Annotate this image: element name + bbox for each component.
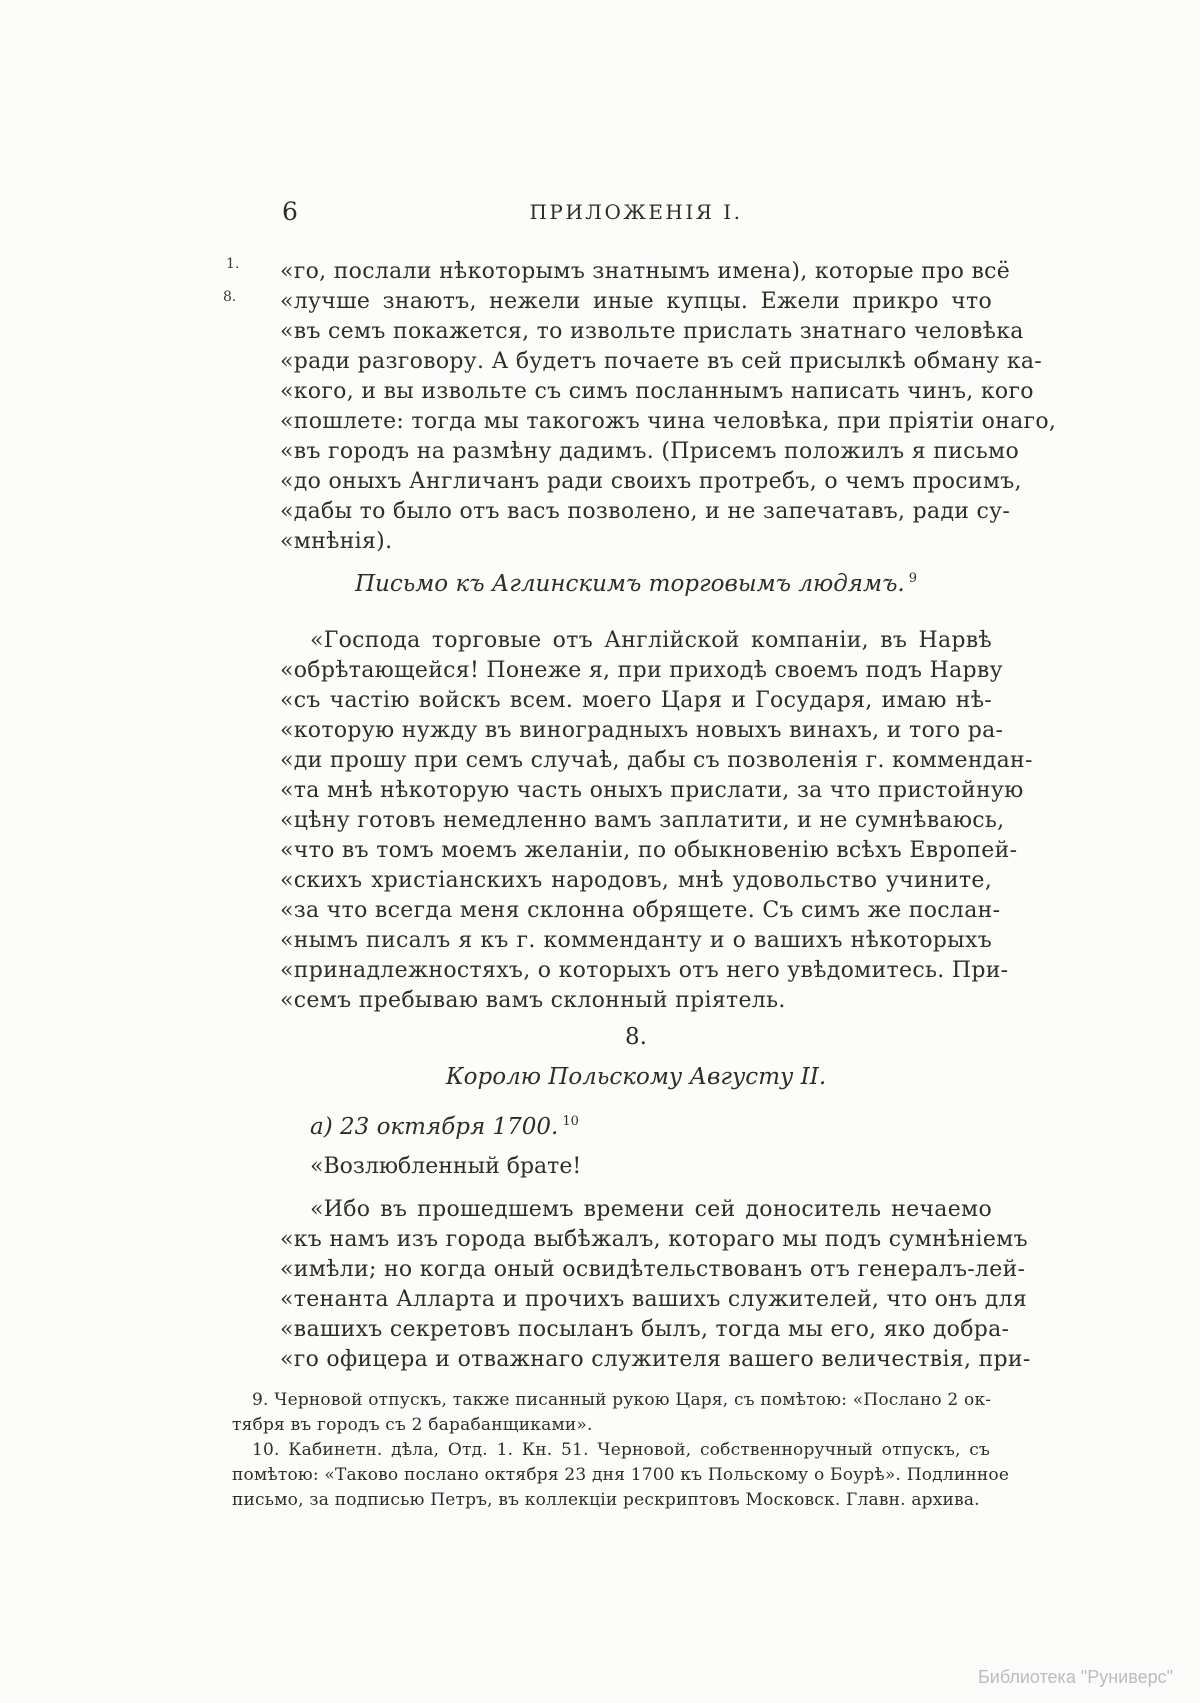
page-number: 6 bbox=[282, 197, 298, 227]
margin-marks: 1. 8. bbox=[226, 256, 239, 305]
footnote-9: 9. Черновой отпускъ, также писанный руко… bbox=[232, 1388, 990, 1438]
text-line: «мнѣнія). bbox=[280, 527, 992, 557]
library-watermark: Библиотека "Руниверс" bbox=[978, 1667, 1173, 1688]
text-line: тября въ городъ съ 2 барабанщиками». bbox=[232, 1413, 990, 1438]
section-heading: Королю Польскому Августу II. bbox=[280, 1062, 992, 1092]
text-line: «Ибо въ прошедшемъ времени сей доносител… bbox=[280, 1195, 992, 1225]
text-line: «кого, и вы извольте съ симъ посланнымъ … bbox=[280, 377, 992, 407]
running-header: 6 ПРИЛОЖЕНІЯ I. bbox=[280, 197, 992, 227]
text-line: «которую нужду въ виноградныхъ новыхъ ви… bbox=[280, 716, 992, 746]
text-line: «принадлежностяхъ, о которыхъ отъ него у… bbox=[280, 956, 992, 986]
text-line: «скихъ христіанскихъ народовъ, мнѣ удово… bbox=[280, 866, 992, 896]
text-line: «семъ пребываю вамъ склонный пріятель. bbox=[280, 986, 992, 1016]
text-line: «дабы то было отъ васъ позволено, и не з… bbox=[280, 497, 992, 527]
text-line: «ди прошу при семъ случаѣ, дабы съ позво… bbox=[280, 746, 992, 776]
letter-body-merchants: «Господа торговые отъ Англійской компані… bbox=[280, 626, 992, 1016]
margin-mark: 1. bbox=[226, 256, 239, 272]
text-line: помѣтою: «Таково послано октября 23 дня … bbox=[232, 1463, 990, 1488]
footnote-ref-10: 10 bbox=[562, 1114, 579, 1129]
date-line-text: а) 23 октября 1700. bbox=[310, 1114, 558, 1140]
footnote-ref-9: 9 bbox=[909, 571, 917, 586]
text-line: «обрѣтающейся! Понеже я, при приходѣ сво… bbox=[280, 656, 992, 686]
section-heading-text: Королю Польскому Августу II. bbox=[446, 1064, 826, 1090]
footnote-10: 10. Кабинетн. дѣла, Отд. 1. Кн. 51. Черн… bbox=[232, 1438, 990, 1513]
section-number: 8. bbox=[280, 1022, 992, 1052]
date-line: а) 23 октября 1700.10 bbox=[280, 1112, 992, 1142]
text-line: «вашихъ секретовъ посыланъ былъ, тогда м… bbox=[280, 1315, 992, 1345]
text-line: «въ городъ на размѣну дадимъ. (Присемъ п… bbox=[280, 437, 992, 467]
text-line: «до оныхъ Англичанъ ради своихъ протребъ… bbox=[280, 467, 992, 497]
text-line: «та мнѣ нѣкоторую часть оныхъ прислати, … bbox=[280, 776, 992, 806]
text-line: «цѣну готовъ немедленно вамъ заплатити, … bbox=[280, 806, 992, 836]
running-title: ПРИЛОЖЕНІЯ I. bbox=[529, 197, 742, 227]
text-line: «го офицера и отважнаго служителя вашего… bbox=[280, 1345, 992, 1375]
text-line: «къ намъ изъ города выбѣжалъ, котораго м… bbox=[280, 1225, 992, 1255]
text-line: «нымъ писалъ я къ г. комменданту и о ваш… bbox=[280, 926, 992, 956]
footnotes: 9. Черновой отпускъ, также писанный руко… bbox=[232, 1388, 990, 1513]
text-line: 10. Кабинетн. дѣла, Отд. 1. Кн. 51. Черн… bbox=[232, 1438, 990, 1463]
letter-heading-text: Письмо къ Аглинскимъ торговымъ людямъ. bbox=[355, 571, 905, 597]
text-line: «имѣли; но когда оный освидѣтельствованъ… bbox=[280, 1255, 992, 1285]
letter-body-august: «Ибо въ прошедшемъ времени сей доносител… bbox=[280, 1195, 992, 1375]
salutation: «Возлюбленный брате! bbox=[280, 1152, 992, 1182]
text-line: «за что всегда меня склонна обрящете. Съ… bbox=[280, 896, 992, 926]
text-line: письмо, за подписью Петръ, въ коллекціи … bbox=[232, 1488, 990, 1513]
text-line: «ради разговору. А будетъ почаете въ сей… bbox=[280, 347, 992, 377]
text-line: «лучше знаютъ, нежели иные купцы. Ежели … bbox=[280, 287, 992, 317]
letter-heading: Письмо къ Аглинскимъ торговымъ людямъ.9 bbox=[280, 569, 992, 599]
text-line: «го, послали нѣкоторымъ знатнымъ имена),… bbox=[280, 257, 992, 287]
text-line: «что въ томъ моемъ желаніи, по обыкновен… bbox=[280, 836, 992, 866]
text-line: 9. Черновой отпускъ, также писанный руко… bbox=[232, 1388, 990, 1413]
text-line: «Господа торговые отъ Англійской компані… bbox=[280, 626, 992, 656]
running-title-wrap: ПРИЛОЖЕНІЯ I. bbox=[280, 197, 992, 227]
scanned-book-page: 1. 8. 6 ПРИЛОЖЕНІЯ I. «го, послали нѣкот… bbox=[0, 0, 1200, 1703]
margin-mark: 8. bbox=[223, 289, 239, 305]
text-line: «съ частію войскъ всем. моего Царя и Гос… bbox=[280, 686, 992, 716]
text-line: «тенанта Алларта и прочихъ вашихъ служит… bbox=[280, 1285, 992, 1315]
text-line: «пошлете: тогда мы такогожъ чина человѣк… bbox=[280, 407, 992, 437]
text-column: 6 ПРИЛОЖЕНІЯ I. «го, послали нѣкоторымъ … bbox=[280, 197, 992, 1375]
quoted-letter-continuation: «го, послали нѣкоторымъ знатнымъ имена),… bbox=[280, 257, 992, 557]
text-line: «въ семъ покажется, то извольте прислать… bbox=[280, 317, 992, 347]
